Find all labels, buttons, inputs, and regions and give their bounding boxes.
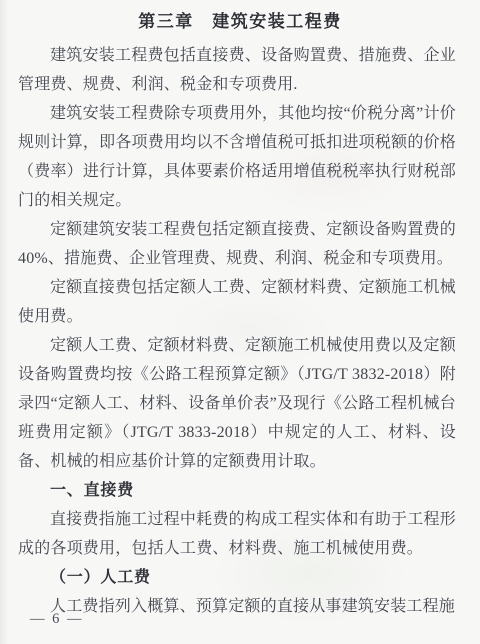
paragraph-quota-direct-cost: 定额直接费包括定额人工费、定额材料费、定额施工机械使用费。 (18, 273, 456, 331)
section-heading-direct-cost: 一、直接费 (18, 476, 456, 505)
paragraph-quota-pricing-basis: 定额人工费、定额材料费、定额施工机械使用费以及定额设备购置费均按《公路工程预算定… (18, 331, 456, 476)
paragraph-direct-cost-definition: 直接费指施工过程中耗费的构成工程实体和有助于工程形成的各项费用，包括人工费、材料… (18, 505, 456, 563)
document-body: 建筑安装工程费包括直接费、设备购置费、措施费、企业管理费、规费、利润、税金和专项… (18, 41, 456, 616)
paragraph-tax-separation-rule: 建筑安装工程费除专项费用外，其他均按“价税分离”计价规则计算，即各项费用均以不含… (18, 99, 456, 215)
paragraph-quota-cost-composition: 定额建筑安装工程费包括定额直接费、定额设备购置费的40%、措施费、企业管理费、规… (18, 215, 456, 273)
chapter-title: 第三章 建筑安装工程费 (0, 7, 480, 32)
page-number: — 6 — (30, 611, 84, 628)
scanned-document-page: 第三章 建筑安装工程费 建筑安装工程费包括直接费、设备购置费、措施费、企业管理费… (0, 0, 480, 644)
subsection-heading-labor-cost: （一）人工费 (18, 563, 456, 592)
paragraph-overview: 建筑安装工程费包括直接费、设备购置费、措施费、企业管理费、规费、利润、税金和专项… (18, 41, 456, 99)
